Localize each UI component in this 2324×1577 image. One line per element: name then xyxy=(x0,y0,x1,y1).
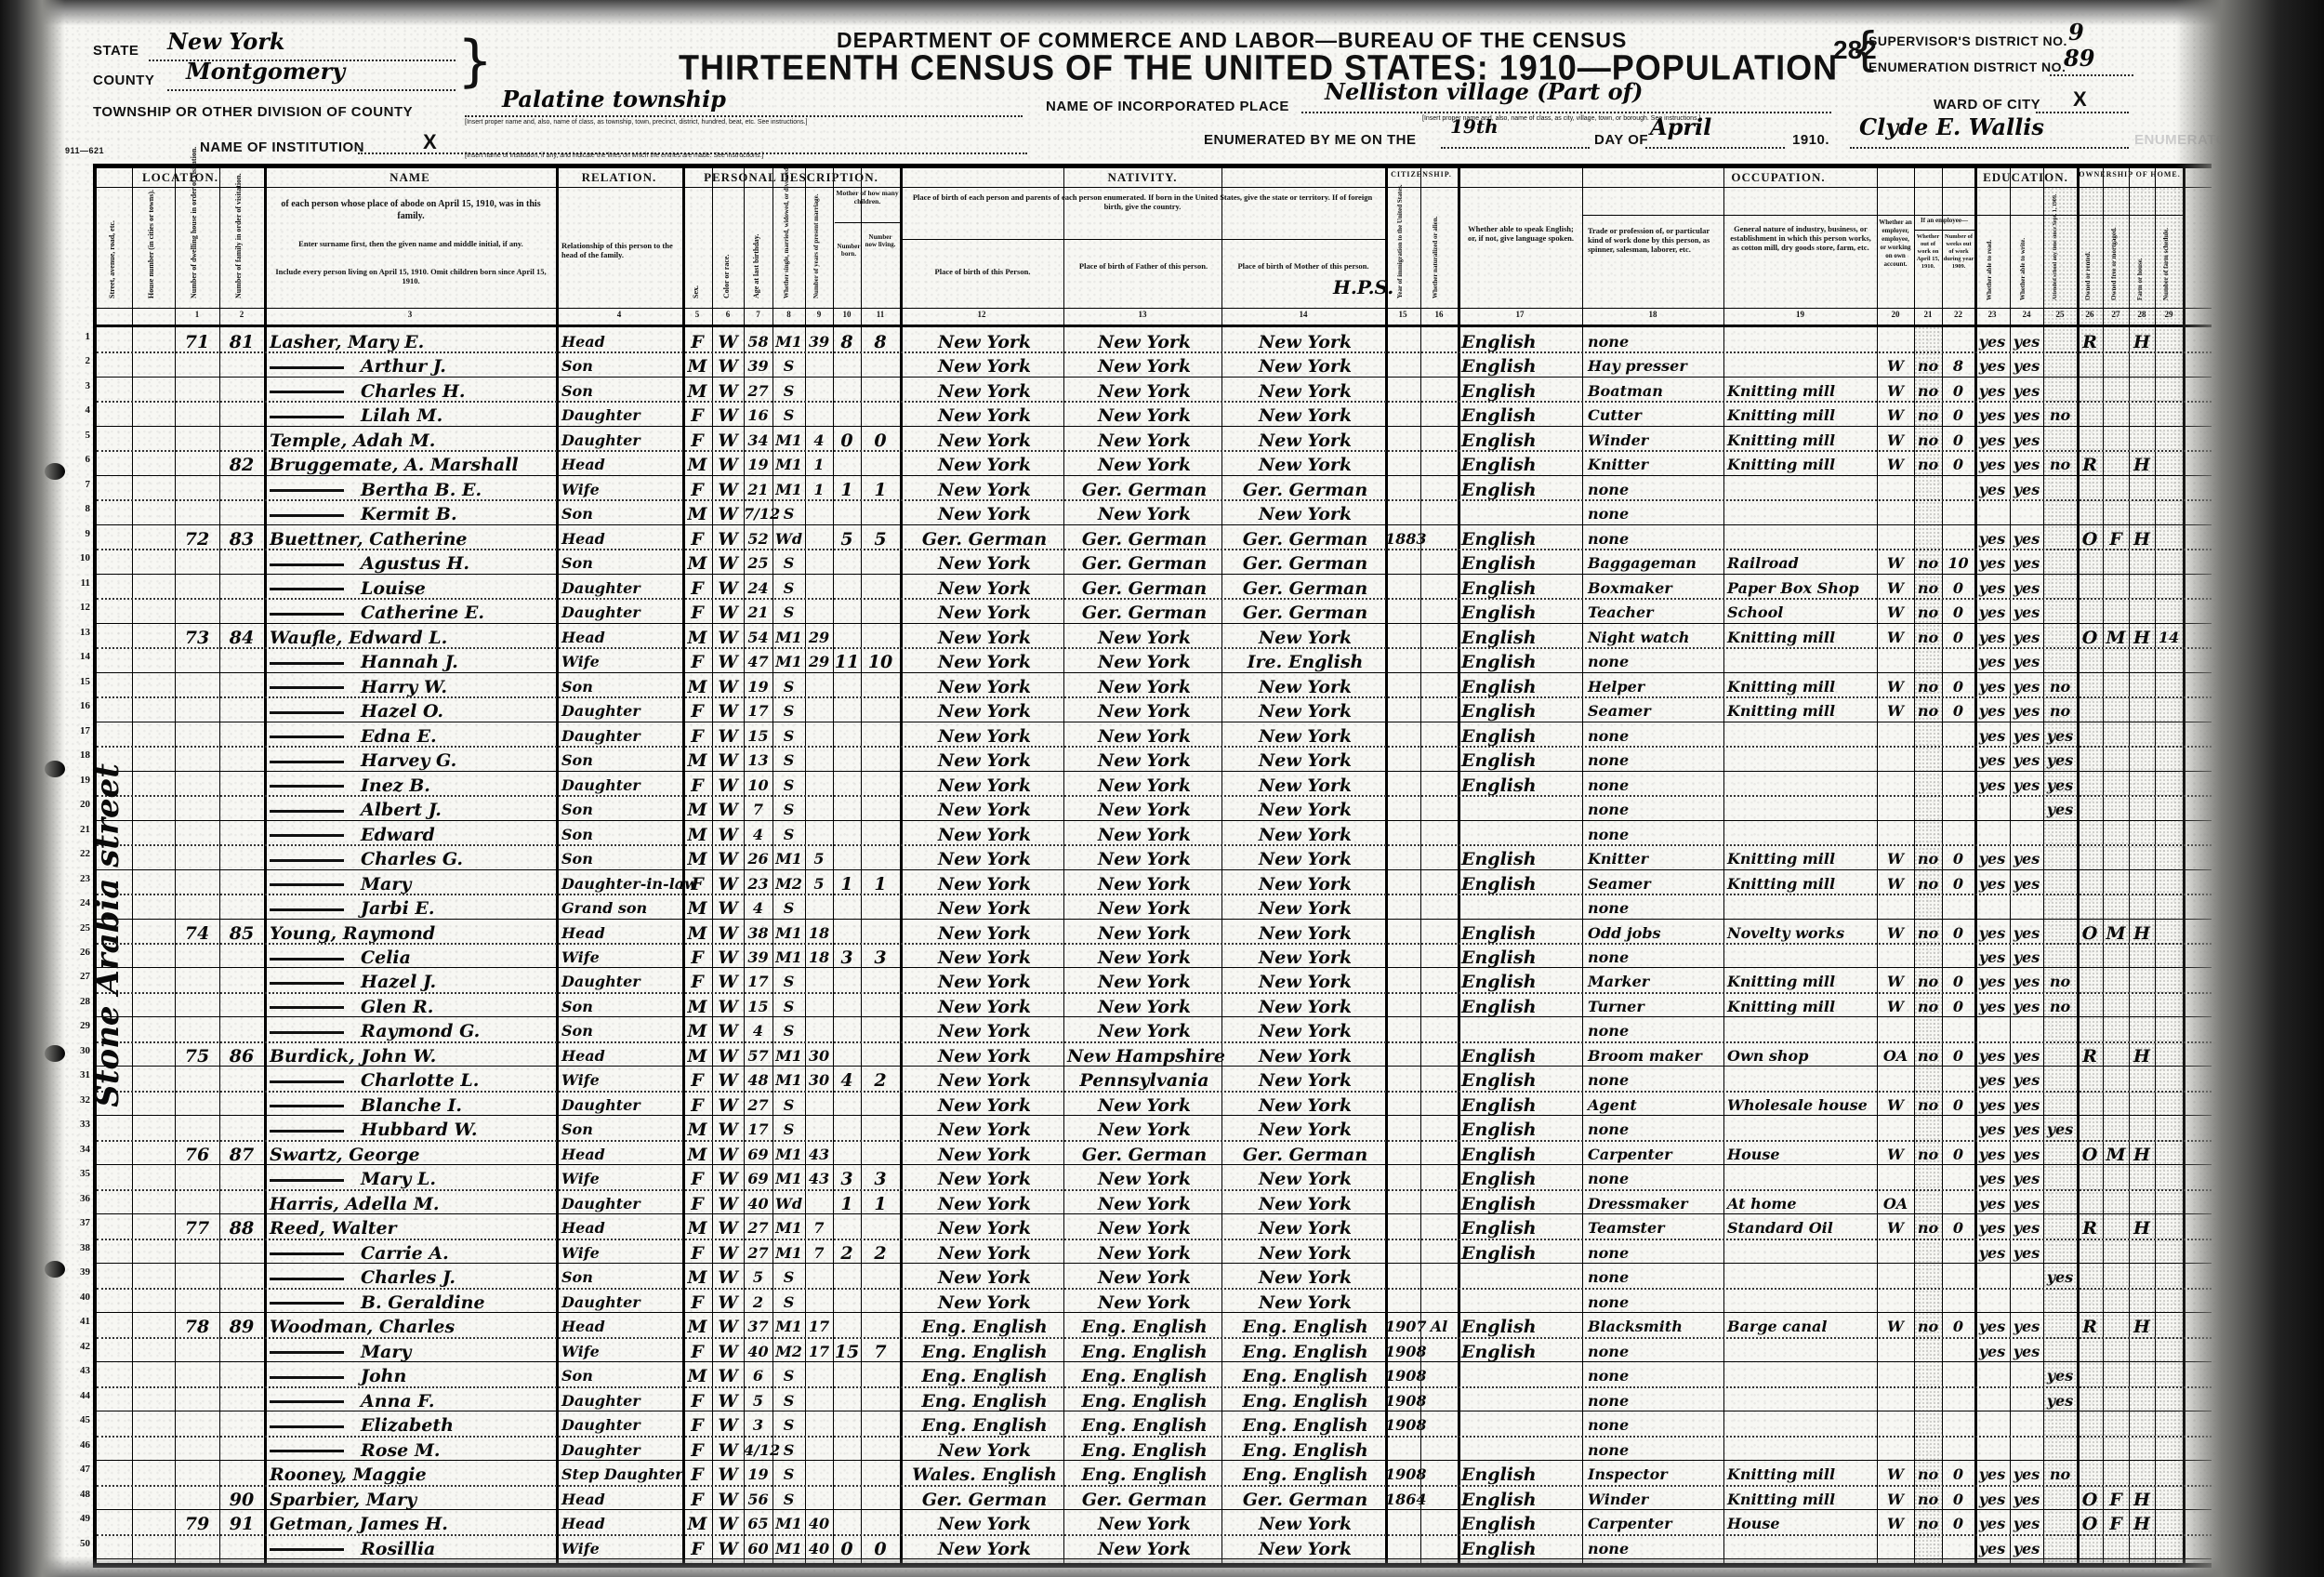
cell-text: Head xyxy=(561,1146,605,1163)
table-row: ElizabethDaughterFW3SEng. EnglishEng. En… xyxy=(97,1411,2212,1436)
cell-farm xyxy=(2129,1165,2155,1189)
cell-pob-father: New York xyxy=(1067,1165,1221,1189)
cell-industry: Knitting mill xyxy=(1727,624,1877,648)
cell-english: English xyxy=(1461,1067,1582,1091)
cell-text: 27 xyxy=(747,1244,768,1262)
cell-text: 19 xyxy=(747,456,768,473)
desc-street: Street, avenue, road, etc. xyxy=(108,196,116,298)
cell-living xyxy=(861,1017,900,1041)
cell-text: Reed, Walter xyxy=(270,1218,397,1239)
cell-nat xyxy=(1420,796,1458,820)
cell-text: 74 xyxy=(185,923,209,944)
cell-out: no xyxy=(1914,624,1942,648)
cell-text: F xyxy=(691,1070,704,1091)
cell-nat: Al xyxy=(1420,1313,1458,1337)
cell-text: none xyxy=(1588,1120,1629,1138)
cell-text: New York xyxy=(1259,628,1352,648)
cell-industry: House xyxy=(1727,1141,1877,1165)
cell-sex: F xyxy=(682,1437,712,1461)
cell-emp xyxy=(1877,1289,1914,1313)
cell-text: Wife xyxy=(561,1244,600,1262)
cell-school xyxy=(2043,1510,2077,1534)
cell-marital: M1 xyxy=(772,1141,805,1165)
cell-text: no xyxy=(2050,406,2070,424)
cell-out xyxy=(1914,1535,1942,1559)
cell-text: none xyxy=(1588,801,1629,818)
cell-trade: Winder xyxy=(1588,1486,1723,1510)
cell-marital: S xyxy=(772,1264,805,1288)
cell-race: W xyxy=(712,1239,744,1264)
cell-text: none xyxy=(1588,530,1629,548)
cell-text: O xyxy=(2082,628,2098,648)
cell-own xyxy=(2077,697,2103,722)
cell-trade: none xyxy=(1588,476,1723,500)
cell-text: English xyxy=(1461,701,1537,722)
cell-own: R xyxy=(2077,451,2103,475)
cell-pob-mother: New York xyxy=(1225,772,1385,796)
cell-pob: New York xyxy=(905,722,1063,747)
cell-text: Daughter-in-law xyxy=(561,875,697,893)
cell-farm xyxy=(2129,697,2155,722)
cell-weeks xyxy=(1942,1411,1974,1436)
cell-family xyxy=(219,1289,264,1313)
cell-text: English xyxy=(1461,1218,1537,1239)
cell-read: yes xyxy=(1974,1338,2010,1362)
cell-text: yes xyxy=(2014,1318,2040,1335)
cell-text: Ger. German xyxy=(1243,603,1367,623)
cell-years xyxy=(805,402,833,426)
cell-name: Celia xyxy=(270,944,556,968)
cell-name: Elizabeth xyxy=(270,1411,556,1436)
cell-trade: none xyxy=(1588,1264,1723,1288)
cell-text: Son xyxy=(561,1367,593,1385)
cell-text: yes xyxy=(1979,653,2005,670)
cell-years: 30 xyxy=(805,1067,833,1091)
cell-out xyxy=(1914,821,1942,845)
cell-industry xyxy=(1727,1535,1877,1559)
cell-living xyxy=(861,1411,900,1436)
cell-weeks xyxy=(1942,1067,1974,1091)
cell-trade: Carpenter xyxy=(1588,1510,1723,1534)
cell-text: yes xyxy=(2014,1170,2040,1187)
cell-text: New York xyxy=(1259,1292,1352,1313)
cell-text: New York xyxy=(1098,1218,1191,1239)
cell-text: 17 xyxy=(747,702,768,720)
cell-own xyxy=(2077,1165,2103,1189)
cell-industry xyxy=(1727,525,1877,550)
cell-text: W xyxy=(718,1095,737,1116)
table-row: 7283Buettner, CatherineHeadFW52Wd55Ger. … xyxy=(97,525,2212,550)
cell-living xyxy=(861,451,900,475)
cell-text: 0 xyxy=(1953,850,1963,868)
cell-text: Inez B. xyxy=(361,775,430,796)
cell-pob: New York xyxy=(905,968,1063,992)
cell-industry xyxy=(1727,1264,1877,1288)
cell-text: 30 xyxy=(809,1071,829,1089)
supervisor-label: SUPERVISOR'S DISTRICT NO. xyxy=(1868,33,2067,48)
cell-out: no xyxy=(1914,378,1942,402)
cell-farm xyxy=(2129,1411,2155,1436)
cell-pob: New York xyxy=(905,352,1063,377)
cell-read xyxy=(1974,1411,2010,1436)
table-row: 7889Woodman, CharlesHeadMW37M117Eng. Eng… xyxy=(97,1313,2212,1337)
cell-dwelling xyxy=(175,599,219,623)
cell-pob-mother: New York xyxy=(1225,1042,1385,1067)
cell-weeks: 0 xyxy=(1942,1510,1974,1534)
cell-pob-father: New York xyxy=(1067,1017,1221,1041)
cell-marital: S xyxy=(772,378,805,402)
cell-read xyxy=(1974,1387,2010,1411)
cell-text: New York xyxy=(938,726,1031,747)
cell-text: New York xyxy=(1259,504,1352,524)
cell-own: O xyxy=(2077,1510,2103,1534)
cell-english xyxy=(1461,895,1582,919)
cell-pob-mother: New York xyxy=(1225,1535,1385,1559)
cell-free xyxy=(2103,1092,2129,1116)
desc-immigration: Year of immigration to the United States… xyxy=(1396,196,1404,298)
cell-immig: 1907 xyxy=(1385,1313,1420,1337)
cell-text: Wd xyxy=(775,1195,802,1213)
cell-relation: Son xyxy=(561,550,680,574)
cell-text: English xyxy=(1461,1464,1537,1485)
cell-text: S xyxy=(784,1268,795,1286)
cell-industry xyxy=(1727,1387,1877,1411)
colnum: 16 xyxy=(1420,310,1458,319)
cell-weeks: 0 xyxy=(1942,451,1974,475)
cell-race: W xyxy=(712,845,744,869)
cell-text: Agent xyxy=(1588,1096,1637,1114)
cell-school xyxy=(2043,845,2077,869)
cell-school xyxy=(2043,476,2077,500)
cell-industry: Knitting mill xyxy=(1727,402,1877,426)
cell-text: M xyxy=(687,800,706,820)
cell-weeks: 0 xyxy=(1942,920,1974,944)
cell-industry xyxy=(1727,1437,1877,1461)
cell-pob-father: New York xyxy=(1067,722,1221,747)
cell-text: New York xyxy=(1098,381,1191,402)
cell-text: New York xyxy=(1259,726,1352,747)
cell-english: English xyxy=(1461,845,1582,869)
cell-school xyxy=(2043,648,2077,672)
cell-immig xyxy=(1385,1116,1420,1140)
cell-text: yes xyxy=(1979,1343,2005,1360)
cell-text: New York xyxy=(938,898,1031,919)
cell-text: Knitting mill xyxy=(1727,702,1835,720)
cell-years xyxy=(805,599,833,623)
cell-out: no xyxy=(1914,845,1942,869)
cell-out: no xyxy=(1914,402,1942,426)
cell-text: Winder xyxy=(1588,431,1648,449)
line-number: 41 xyxy=(70,1316,90,1327)
cell-pob: New York xyxy=(905,451,1063,475)
cell-family xyxy=(219,1535,264,1559)
cell-family xyxy=(219,1387,264,1411)
cell-text: New York xyxy=(1098,1095,1191,1116)
cell-text: English xyxy=(1461,972,1537,992)
cell-text: no xyxy=(1918,850,1938,868)
cell-trade: Seamer xyxy=(1588,697,1723,722)
cell-years xyxy=(805,697,833,722)
cell-relation: Head xyxy=(561,525,680,550)
cell-dwelling xyxy=(175,944,219,968)
cell-text: W xyxy=(718,1292,737,1313)
cell-text: yes xyxy=(2047,1367,2073,1385)
cell-text: English xyxy=(1461,1046,1537,1067)
table-row: LouiseDaughterFW24SNew YorkGer. GermanGe… xyxy=(97,575,2212,599)
cell-immig: 1908 xyxy=(1385,1362,1420,1386)
group-personal: PERSONAL DESCRIPTION. xyxy=(682,170,900,185)
cell-text: F xyxy=(691,332,704,352)
cell-text: W xyxy=(1887,431,1904,449)
cell-english: English xyxy=(1461,476,1582,500)
cell-born xyxy=(833,1214,861,1239)
cell-family xyxy=(219,697,264,722)
cell-text: M xyxy=(687,825,706,845)
cell-pob: New York xyxy=(905,1165,1063,1189)
cell-text: S xyxy=(784,678,795,696)
cell-text: yes xyxy=(1979,875,2005,893)
cell-name: Charles G. xyxy=(270,845,556,869)
cell-text: New York xyxy=(1098,431,1191,451)
cell-text: Eng. English xyxy=(1081,1366,1207,1386)
table-row: Charles H.SonMW27SNew YorkNew YorkNew Yo… xyxy=(97,378,2212,402)
cell-text: New York xyxy=(938,849,1031,869)
cell-english: English xyxy=(1461,575,1582,599)
cell-text: OA xyxy=(1883,1047,1908,1065)
cell-text: Head xyxy=(561,924,605,942)
cell-family xyxy=(219,821,264,845)
cell-living xyxy=(861,1092,900,1116)
cell-text: H xyxy=(2133,628,2150,648)
cell-born: 11 xyxy=(833,648,861,672)
cell-text: F xyxy=(691,701,704,722)
cell-name: Buettner, Catherine xyxy=(270,525,556,550)
cell-pob-mother: New York xyxy=(1225,845,1385,869)
cell-english xyxy=(1461,1017,1582,1041)
cell-text: Wife xyxy=(561,1343,600,1360)
cell-text: 7 xyxy=(813,1219,824,1237)
ditto-dash xyxy=(270,662,344,665)
cell-text: Ger. German xyxy=(1243,578,1367,599)
cell-text: 8 xyxy=(840,332,852,352)
cell-text: 5 xyxy=(813,850,824,868)
cell-relation: Son xyxy=(561,796,680,820)
cell-text: 56 xyxy=(747,1491,768,1508)
cell-text: New York xyxy=(938,628,1031,648)
cell-text: S xyxy=(784,826,795,843)
cell-sex: M xyxy=(682,993,712,1017)
cell-english: English xyxy=(1461,1338,1582,1362)
cell-race: W xyxy=(712,1116,744,1140)
cell-marital: S xyxy=(772,402,805,426)
cell-write: yes xyxy=(2010,402,2043,426)
cell-born xyxy=(833,1362,861,1386)
cell-text: F xyxy=(691,1464,704,1485)
cell-free xyxy=(2103,352,2129,377)
cell-text: Eng. English xyxy=(1242,1464,1367,1485)
desc-out-of-work: Whether out of work on April 15, 1910. xyxy=(1915,233,1941,271)
cell-english: English xyxy=(1461,328,1582,352)
cell-text: Eng. English xyxy=(1242,1391,1367,1411)
ditto-dash xyxy=(270,1376,344,1379)
cell-text: M xyxy=(687,1514,706,1534)
cell-text: 0 xyxy=(1953,1465,1963,1483)
cell-text: House xyxy=(1727,1515,1780,1532)
cell-text: New York xyxy=(1098,923,1191,944)
cell-out: no xyxy=(1914,427,1942,451)
cell-family xyxy=(219,1017,264,1041)
cell-text: 0 xyxy=(1953,629,1963,646)
cell-text: S xyxy=(784,1465,795,1483)
cell-text: yes xyxy=(1979,678,2005,696)
cell-marital: M1 xyxy=(772,1214,805,1239)
line-number: 5 xyxy=(70,430,90,441)
cell-out xyxy=(1914,722,1942,747)
cell-text: W xyxy=(1887,1146,1904,1163)
cell-race: W xyxy=(712,1042,744,1067)
cell-text: English xyxy=(1461,578,1537,599)
cell-text: O xyxy=(2082,1145,2098,1165)
cell-text: S xyxy=(784,727,795,745)
cell-school xyxy=(2043,1411,2077,1436)
cell-industry: Knitting mill xyxy=(1727,378,1877,402)
cell-read: yes xyxy=(1974,352,2010,377)
cell-age: 47 xyxy=(744,648,772,672)
cell-text: Charles H. xyxy=(361,381,465,402)
cell-trade: none xyxy=(1588,1362,1723,1386)
cell-text: none xyxy=(1588,1022,1629,1040)
cell-free xyxy=(2103,993,2129,1017)
cell-text: New York xyxy=(938,1194,1031,1214)
cell-age: 5 xyxy=(744,1264,772,1288)
cell-years xyxy=(805,1362,833,1386)
cell-name: Bertha B. E. xyxy=(270,476,556,500)
cell-text: English xyxy=(1461,1194,1537,1214)
cell-text: English xyxy=(1461,948,1537,968)
cell-age: 40 xyxy=(744,1338,772,1362)
desc-years-married: Number of years of present marriage. xyxy=(812,192,820,298)
line-number: 15 xyxy=(70,676,90,687)
cell-years xyxy=(805,1017,833,1041)
cell-text: M xyxy=(687,553,706,574)
cell-marital: M1 xyxy=(772,1239,805,1264)
cell-weeks xyxy=(1942,1387,1974,1411)
cell-nat xyxy=(1420,352,1458,377)
cell-text: Eng. English xyxy=(1242,1342,1367,1362)
cell-text: F xyxy=(691,726,704,747)
cell-text: W xyxy=(718,825,737,845)
ditto-dash xyxy=(270,1351,344,1354)
cell-name: Hubbard W. xyxy=(270,1116,556,1140)
cell-school: yes xyxy=(2043,772,2077,796)
line-number: 49 xyxy=(70,1513,90,1524)
cell-sex: M xyxy=(682,796,712,820)
cell-marital: S xyxy=(772,1092,805,1116)
cell-text: O xyxy=(2082,529,2098,550)
cell-farm xyxy=(2129,500,2155,524)
line-number: 16 xyxy=(70,700,90,711)
cell-text: Ger. German xyxy=(1082,1490,1207,1510)
cell-pob: New York xyxy=(905,1214,1063,1239)
cell-sex: M xyxy=(682,1116,712,1140)
cell-sex: F xyxy=(682,1239,712,1264)
cell-text: W xyxy=(718,972,737,992)
cell-text: Railroad xyxy=(1727,554,1799,572)
enumeration-dots xyxy=(2050,74,2133,76)
cell-english: English xyxy=(1461,378,1582,402)
cell-text: W xyxy=(1887,875,1904,893)
ditto-dash xyxy=(270,883,344,886)
cell-read: yes xyxy=(1974,1486,2010,1510)
cell-school xyxy=(2043,1313,2077,1337)
cell-pob-father: New York xyxy=(1067,1535,1221,1559)
cell-out xyxy=(1914,1190,1942,1214)
cell-nat xyxy=(1420,1510,1458,1534)
line-number: 17 xyxy=(70,725,90,736)
cell-text: none xyxy=(1588,1170,1629,1187)
cell-text: Knitting mill xyxy=(1727,431,1835,449)
cell-age: 69 xyxy=(744,1165,772,1189)
ditto-dash xyxy=(270,391,344,393)
cell-pob: New York xyxy=(905,993,1063,1017)
cell-text: 0 xyxy=(1953,1515,1963,1532)
cell-english: English xyxy=(1461,1510,1582,1534)
cell-years xyxy=(805,550,833,574)
cell-english: English xyxy=(1461,624,1582,648)
cell-text: W xyxy=(718,1120,737,1140)
cell-text: Knitting mill xyxy=(1727,973,1835,990)
cell-farm xyxy=(2129,944,2155,968)
cell-school xyxy=(2043,500,2077,524)
cell-text: W xyxy=(718,750,737,771)
cell-pob: Eng. English xyxy=(905,1362,1063,1386)
cell-text: F xyxy=(691,480,704,500)
cell-industry: School xyxy=(1727,599,1877,623)
cell-race: W xyxy=(712,697,744,722)
cell-marital: S xyxy=(772,1486,805,1510)
cell-text: 0 xyxy=(1953,431,1963,449)
cell-born xyxy=(833,1510,861,1534)
cell-school xyxy=(2043,821,2077,845)
cell-dwelling xyxy=(175,575,219,599)
cell-out xyxy=(1914,1411,1942,1436)
cell-pob-mother: New York xyxy=(1225,1165,1385,1189)
table-row: Hazel O.DaughterFW17SNew YorkNew YorkNew… xyxy=(97,697,2212,722)
cell-own xyxy=(2077,550,2103,574)
cell-text: yes xyxy=(2014,530,2040,548)
cell-trade: Turner xyxy=(1588,993,1723,1017)
cell-born: 5 xyxy=(833,525,861,550)
day-dots xyxy=(1441,147,1590,149)
cell-write xyxy=(2010,1017,2043,1041)
cell-text: W xyxy=(718,701,737,722)
cell-emp xyxy=(1877,328,1914,352)
cell-living xyxy=(861,673,900,697)
cell-pob-mother: New York xyxy=(1225,870,1385,895)
cell-pob: New York xyxy=(905,1017,1063,1041)
cell-text: yes xyxy=(1979,1219,2005,1237)
table-row: Anna F.DaughterFW5SEng. EnglishEng. Engl… xyxy=(97,1387,2212,1411)
cell-name: Edna E. xyxy=(270,722,556,747)
cell-emp xyxy=(1877,476,1914,500)
cell-text: New York xyxy=(938,1169,1031,1189)
cell-school xyxy=(2043,1437,2077,1461)
cell-text: F xyxy=(691,1440,704,1461)
cell-pob-mother: New York xyxy=(1225,1116,1385,1140)
cell-farm xyxy=(2129,352,2155,377)
cell-living: 0 xyxy=(861,427,900,451)
cell-write xyxy=(2010,895,2043,919)
